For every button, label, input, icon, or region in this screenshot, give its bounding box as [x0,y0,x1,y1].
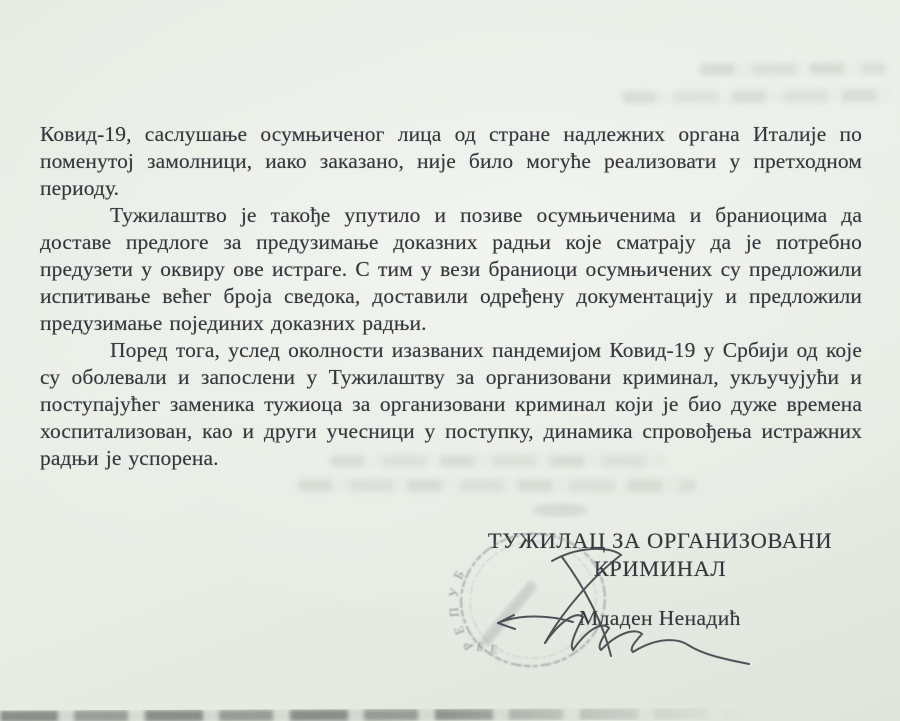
stamp-inner-text-smudge [479,580,539,648]
stamp-rim-letters-left: РЕПУБ [445,560,476,653]
handwritten-signature [498,549,749,664]
ink-smudge [532,503,588,517]
stamp-and-signature-layer: РЕПУБ БЕ [0,0,900,721]
bottom-edge-text-strip [0,708,770,721]
stamp-rim-text: РЕПУБ [445,560,476,653]
scanned-letter-page: Ковид-19, саслушање осумњиченог лица од … [0,0,900,721]
